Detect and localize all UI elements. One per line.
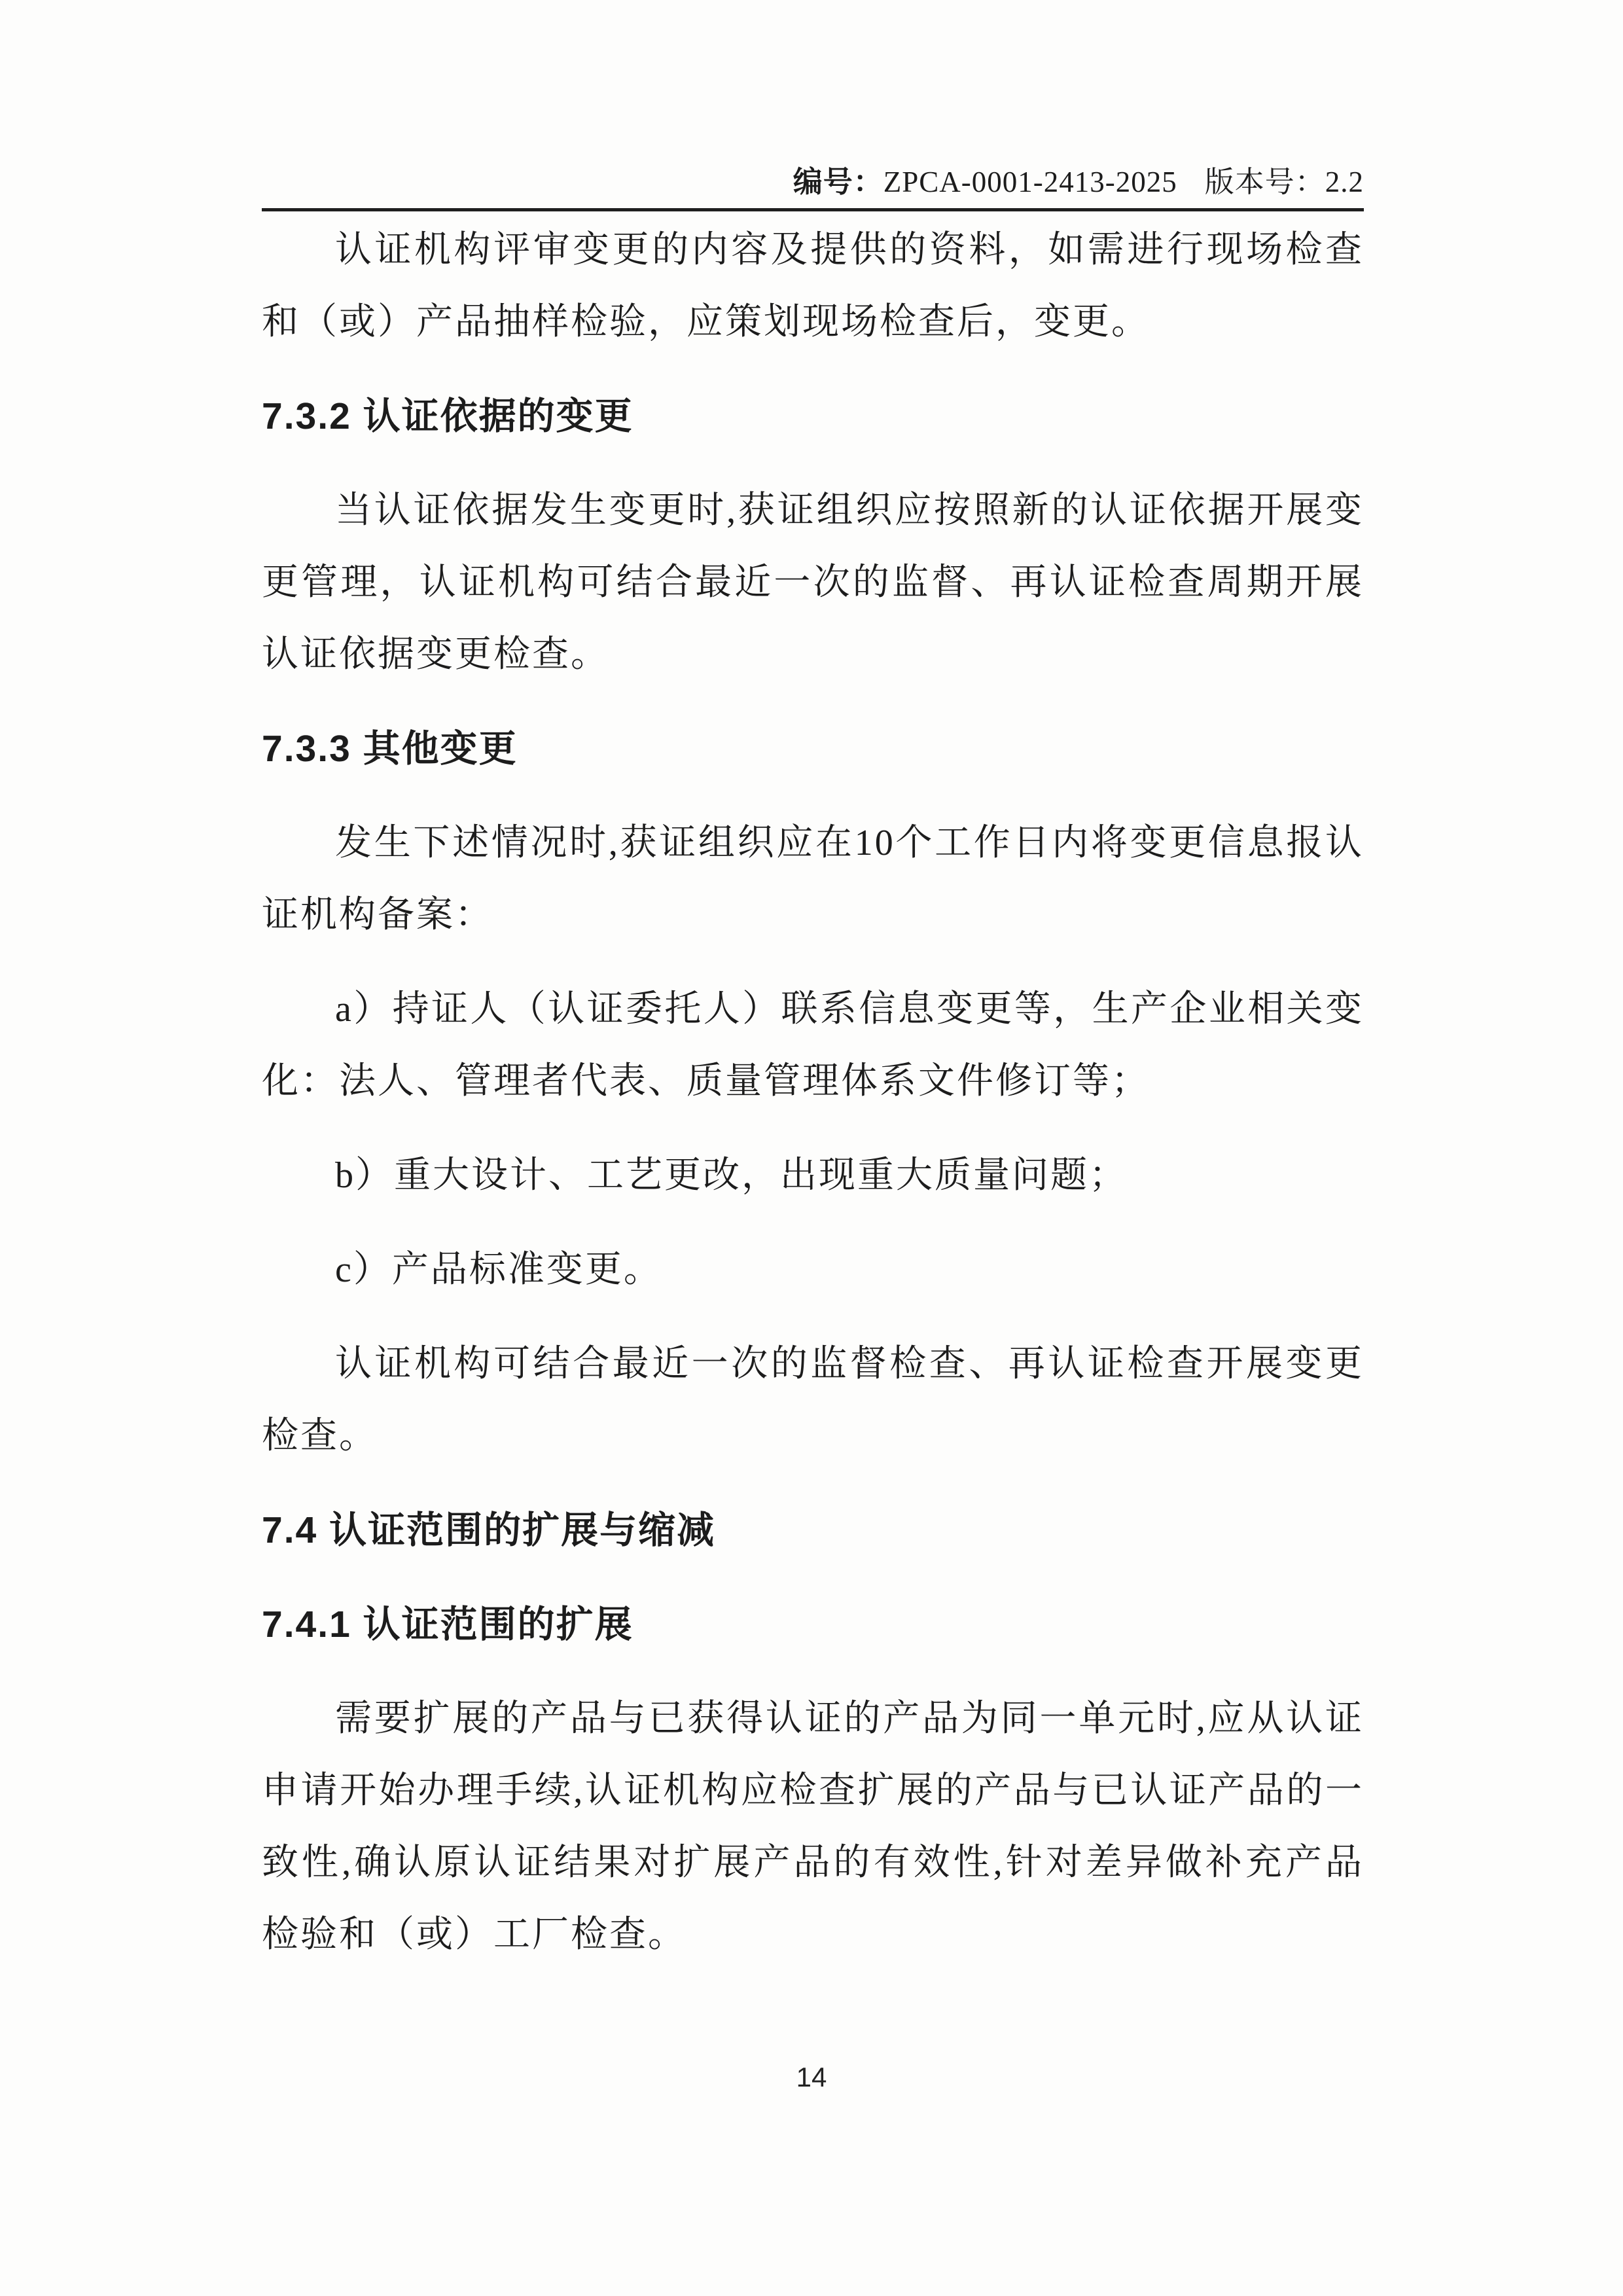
section-heading-7-3-2: 7.3.2 认证依据的变更	[262, 380, 1364, 452]
doc-version-value: 2.2	[1325, 166, 1364, 198]
body-paragraph: 需要扩展的产品与已获得认证的产品为同一单元时,应从认证申请开始办理手续,认证机构…	[262, 1683, 1364, 1971]
page-number: 14	[0, 2062, 1623, 2093]
body-paragraph: 发生下述情况时,获证组织应在10个工作日内将变更信息报认证机构备案：	[262, 807, 1364, 951]
doc-number-value: ZPCA-0001-2413-2025	[883, 166, 1177, 198]
doc-number-label: 编号：	[793, 165, 883, 198]
header-divider	[262, 208, 1364, 211]
body-paragraph: 认证机构可结合最近一次的监督检查、再认证检查开展变更检查。	[262, 1328, 1364, 1472]
section-heading-7-3-3: 7.3.3 其他变更	[262, 713, 1364, 785]
list-item-a: a）持证人（认证委托人）联系信息变更等，生产企业相关变化：法人、管理者代表、质量…	[262, 973, 1364, 1117]
list-item-c: c）产品标准变更。	[262, 1234, 1364, 1306]
body-paragraph: 当认证依据发生变更时,获证组织应按照新的认证依据开展变更管理，认证机构可结合最近…	[262, 475, 1364, 691]
body-paragraph: 认证机构评审变更的内容及提供的资料，如需进行现场检查和（或）产品抽样检验，应策划…	[262, 214, 1364, 358]
document-page: 编号：ZPCA-0001-2413-2025版本号：2.2 认证机构评审变更的内…	[0, 0, 1623, 2296]
list-item-b: b）重大设计、工艺更改，出现重大质量问题；	[262, 1139, 1364, 1211]
section-heading-7-4-1: 7.4.1 认证范围的扩展	[262, 1588, 1364, 1660]
document-header: 编号：ZPCA-0001-2413-2025版本号：2.2	[262, 164, 1364, 200]
doc-version-label: 版本号：	[1205, 166, 1325, 198]
document-content: 认证机构评审变更的内容及提供的资料，如需进行现场检查和（或）产品抽样检验，应策划…	[262, 214, 1364, 1971]
page-body: 编号：ZPCA-0001-2413-2025版本号：2.2 认证机构评审变更的内…	[262, 164, 1364, 1993]
section-heading-7-4: 7.4 认证范围的扩展与缩减	[262, 1494, 1364, 1566]
